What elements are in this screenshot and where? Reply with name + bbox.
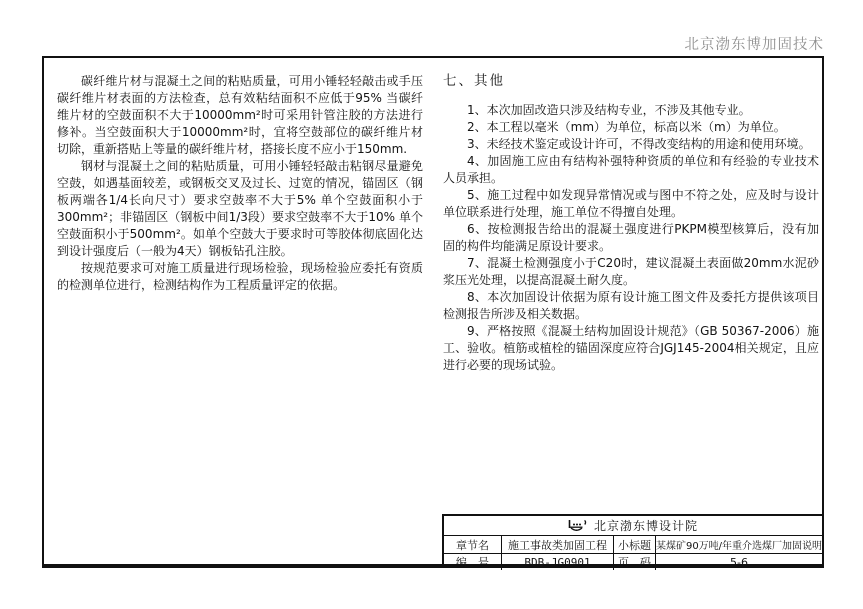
paragraph-site-inspection: 按规范要求可对施工质量进行现场检验，现场检验应委托有资质的检测单位进行，检测结构… [57, 260, 423, 294]
note-item-5: 5、施工过程中如发现异常情况或与图中不符之处，应及时与设计单位联系进行处理，施工… [443, 187, 819, 221]
page-code-label: 页 码 [613, 553, 655, 570]
title-block: 北京渤东博设计院 章节名 施工事故类加固工程 小标题 某煤矿90万吨/年重介选煤… [442, 514, 822, 564]
title-block-header: 北京渤东博设计院 [444, 516, 822, 536]
title-block-table: 章节名 施工事故类加固工程 小标题 某煤矿90万吨/年重介选煤厂加固说明 编 号… [444, 536, 822, 570]
note-item-2: 2、本工程以毫米（mm）为单位，标高以米（m）为单位。 [443, 119, 819, 136]
note-item-3: 3、未经技术鉴定或设计许可，不得改变结构的用途和使用环境。 [443, 136, 819, 153]
design-institute-logo-icon [568, 519, 588, 532]
section-heading-others: 七、其他 [443, 69, 819, 89]
paragraph-cfrp-bonding: 碳纤维片材与混凝土之间的粘贴质量，可用小锤轻轻敲击或手压碳纤维片材表面的方法检查… [57, 73, 423, 158]
design-institute-name: 北京渤东博设计院 [594, 517, 698, 534]
note-item-4: 4、加固施工应由有结构补强特种资质的单位和有经验的专业技术人员承担。 [443, 153, 819, 187]
page-code-value: 5-6 [655, 553, 822, 570]
sheet-frame: 碳纤维片材与混凝土之间的粘贴质量，可用小锤轻轻敲击或手压碳纤维片材表面的方法检查… [42, 56, 824, 568]
number-value: BDB-JG0901 [501, 553, 613, 570]
document-page: 北京渤东博加固技术 碳纤维片材与混凝土之间的粘贴质量，可用小锤轻轻敲击或手压碳纤… [0, 0, 863, 609]
note-item-6: 6、按检测报告给出的混凝土强度进行PKPM模型核算后，没有加固的构件均能满足原设… [443, 221, 819, 255]
number-label: 编 号 [444, 553, 501, 570]
note-item-7: 7、混凝土检测强度小于C20时，建议混凝土表面做20mm水泥砂浆压光处理，以提高… [443, 255, 819, 289]
note-item-8: 8、本次加固设计依据为原有设计施工图文件及委托方提供该项目检测报告所涉及相关数据… [443, 289, 819, 323]
subtitle-value: 某煤矿90万吨/年重介选煤厂加固说明 [655, 536, 822, 553]
chapter-name-label: 章节名 [444, 536, 501, 553]
note-item-9: 9、严格按照《混凝土结构加固设计规范》（GB 50367-2006）施工、验收。… [443, 323, 819, 374]
subtitle-label: 小标题 [613, 536, 655, 553]
right-column: 七、其他 1、本次加固改造只涉及结构专业，不涉及其他专业。 2、本工程以毫米（m… [443, 69, 819, 374]
note-item-1: 1、本次加固改造只涉及结构专业，不涉及其他专业。 [443, 102, 819, 119]
paragraph-steel-bonding: 钢材与混凝土之间的粘贴质量，可用小锤轻轻敲击粘钢尽量避免空鼓，如遇基面较差，或钢… [57, 158, 423, 260]
header-company-title: 北京渤东博加固技术 [685, 33, 825, 54]
left-column: 碳纤维片材与混凝土之间的粘贴质量，可用小锤轻轻敲击或手压碳纤维片材表面的方法检查… [57, 73, 423, 294]
chapter-name-value: 施工事故类加固工程 [501, 536, 613, 553]
